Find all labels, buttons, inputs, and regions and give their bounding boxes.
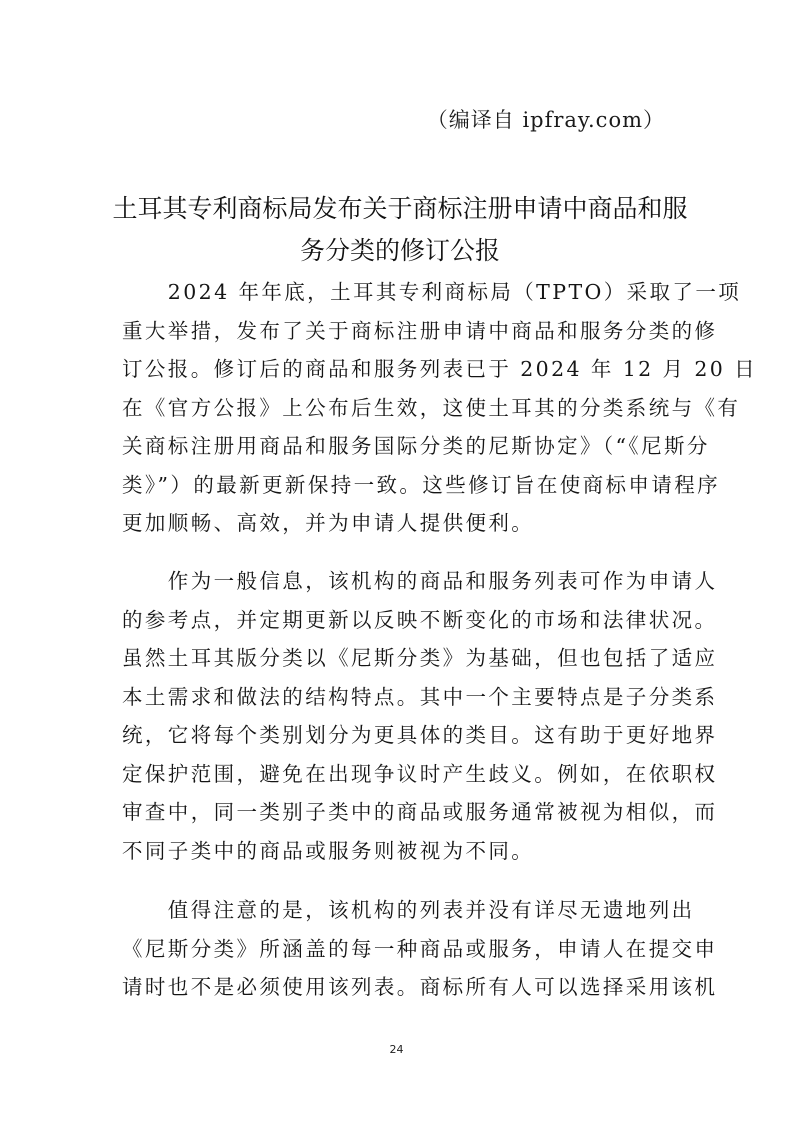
text-line: 《尼斯分类》所涵盖的每一种商品或服务，申请人在提交申 — [122, 930, 682, 969]
source-note: （编译自 ipfray.com） — [427, 104, 665, 134]
text-line: 关商标注册用商品和服务国际分类的尼斯协定》（“《尼斯分 — [122, 427, 682, 466]
title-line: 务分类的修订公报 — [110, 230, 690, 272]
text-line: 更加顺畅、高效，并为申请人提供便利。 — [122, 504, 682, 543]
paragraph-2: 作为一般信息，该机构的商品和服务列表可作为申请人 的参考点，并定期更新以反映不断… — [122, 562, 682, 870]
text-line: 的参考点，并定期更新以反映不断变化的市场和法律状况。 — [122, 601, 682, 640]
text-line: 订公报。修订后的商品和服务列表已于 2024 年 12 月 20 日 — [122, 350, 682, 389]
text-line: 虽然土耳其版分类以《尼斯分类》为基础，但也包括了适应 — [122, 639, 682, 678]
text-line: 在《官方公报》上公布后生效，这使土耳其的分类系统与《有 — [122, 389, 682, 428]
text-line: 审查中，同一类别子类中的商品或服务通常被视为相似，而 — [122, 793, 682, 832]
text-line: 定保护范围，避免在出现争议时产生歧义。例如，在依职权 — [122, 755, 682, 794]
article-title: 土耳其专利商标局发布关于商标注册申请中商品和服 务分类的修订公报 — [110, 188, 690, 272]
text-line: 2024 年年底，土耳其专利商标局（TPTO）采取了一项 — [122, 273, 682, 312]
paragraph-1: 2024 年年底，土耳其专利商标局（TPTO）采取了一项 重大举措，发布了关于商… — [122, 273, 682, 543]
text-line: 统，它将每个类别划分为更具体的类目。这有助于更好地界 — [122, 716, 682, 755]
text-line: 请时也不是必须使用该列表。商标所有人可以选择采用该机 — [122, 968, 682, 1007]
text-line: 值得注意的是，该机构的列表并没有详尽无遗地列出 — [122, 891, 682, 930]
text-line: 重大举措，发布了关于商标注册申请中商品和服务分类的修 — [122, 312, 682, 351]
paragraph-3: 值得注意的是，该机构的列表并没有详尽无遗地列出 《尼斯分类》所涵盖的每一种商品或… — [122, 891, 682, 1007]
page-number: 24 — [0, 1043, 793, 1056]
text-line: 类》”）的最新更新保持一致。这些修订旨在使商标申请程序 — [122, 466, 682, 505]
title-line: 土耳其专利商标局发布关于商标注册申请中商品和服 — [110, 188, 690, 230]
text-line: 本土需求和做法的结构特点。其中一个主要特点是子分类系 — [122, 678, 682, 717]
text-line: 作为一般信息，该机构的商品和服务列表可作为申请人 — [122, 562, 682, 601]
text-line: 不同子类中的商品或服务则被视为不同。 — [122, 832, 682, 871]
